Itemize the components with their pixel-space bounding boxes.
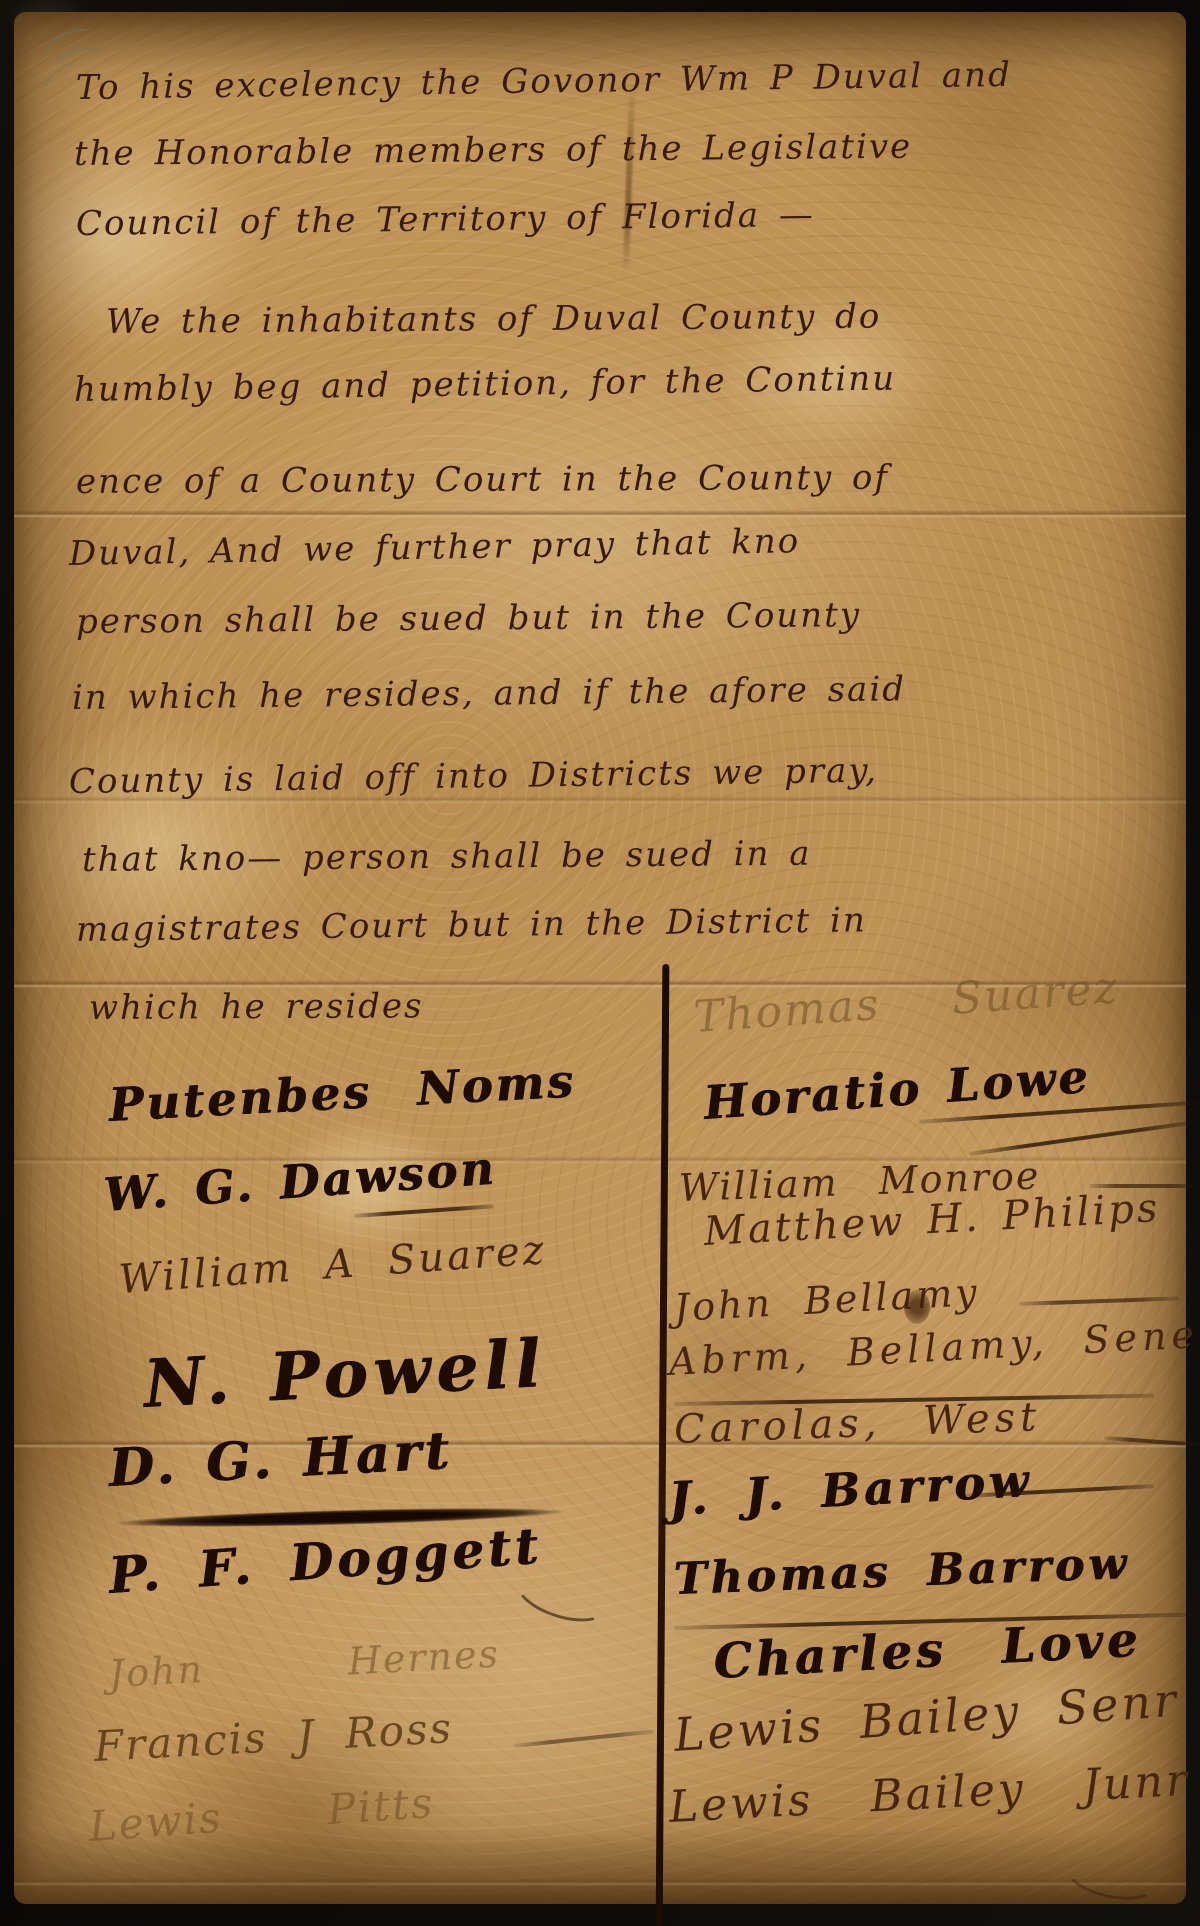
petition-line-5: humbly beg and petition, for the Continu: [74, 361, 897, 410]
signature-right-2: Horatio Lowe: [702, 1051, 1092, 1129]
signature-left-6: P. F. Doggett: [107, 1518, 544, 1603]
petition-line-12: magistrates Court but in the District in: [76, 902, 867, 949]
petition-line-13: which he resides: [89, 988, 424, 1027]
signature-left-5: D. G. Hart: [108, 1422, 455, 1497]
signature-right-8: J. J. Barrow: [668, 1455, 1034, 1525]
signature-right-9: Thomas Barrow: [673, 1540, 1131, 1604]
ink-flourish: [354, 1204, 494, 1218]
signature-right-1: Thomas Suarez: [692, 964, 1120, 1042]
fold-crease: [14, 510, 1186, 518]
petition-line-1: To his excelency the Govonor Wm P Duval …: [76, 57, 1012, 107]
signature-right-12: Lewis Bailey Junr: [668, 1757, 1191, 1833]
ink-flourish: [969, 1120, 1197, 1156]
signature-right-5: John Bellamy: [673, 1272, 981, 1330]
petition-line-2: the Honorable members of the Legislative: [74, 129, 913, 174]
scanned-document-photo: To his excelency the Govonor Wm P Duval …: [0, 0, 1200, 1926]
document-paper: To his excelency the Govonor Wm P Duval …: [14, 12, 1186, 1904]
ink-flourish: [1060, 1843, 1163, 1908]
petition-line-11: that kno— person shall be sued in a: [82, 836, 812, 880]
ink-streak-stain: [623, 84, 636, 274]
petition-line-7: Duval, And we further pray that kno: [69, 523, 801, 573]
petition-line-4: We the inhabitants of Duval County do: [106, 299, 882, 342]
ink-flourish: [1019, 1296, 1179, 1306]
petition-line-3: Council of the Territory of Florida —: [76, 197, 815, 243]
petition-line-10: County is laid off into Districts we pra…: [69, 753, 878, 802]
signature-left-9: Lewis Pitts: [87, 1780, 435, 1850]
petition-line-6: ence of a County Court in the County of: [76, 460, 889, 502]
ink-flourish: [514, 1729, 654, 1748]
petition-line-8: person shall be sued but in the County: [76, 597, 861, 641]
signature-left-3: William A Suarez: [117, 1228, 548, 1302]
signature-left-1: Putenbes Noms: [108, 1056, 578, 1131]
ink-blot: [904, 1290, 930, 1324]
fold-crease: [14, 1878, 1186, 1886]
signature-left-8: Francis J Ross: [93, 1705, 454, 1770]
petition-line-9: in which he resides, and if the afore sa…: [72, 671, 906, 717]
signature-left-4: N. Powell: [142, 1327, 548, 1421]
signature-left-7: John Hernes: [108, 1634, 501, 1696]
